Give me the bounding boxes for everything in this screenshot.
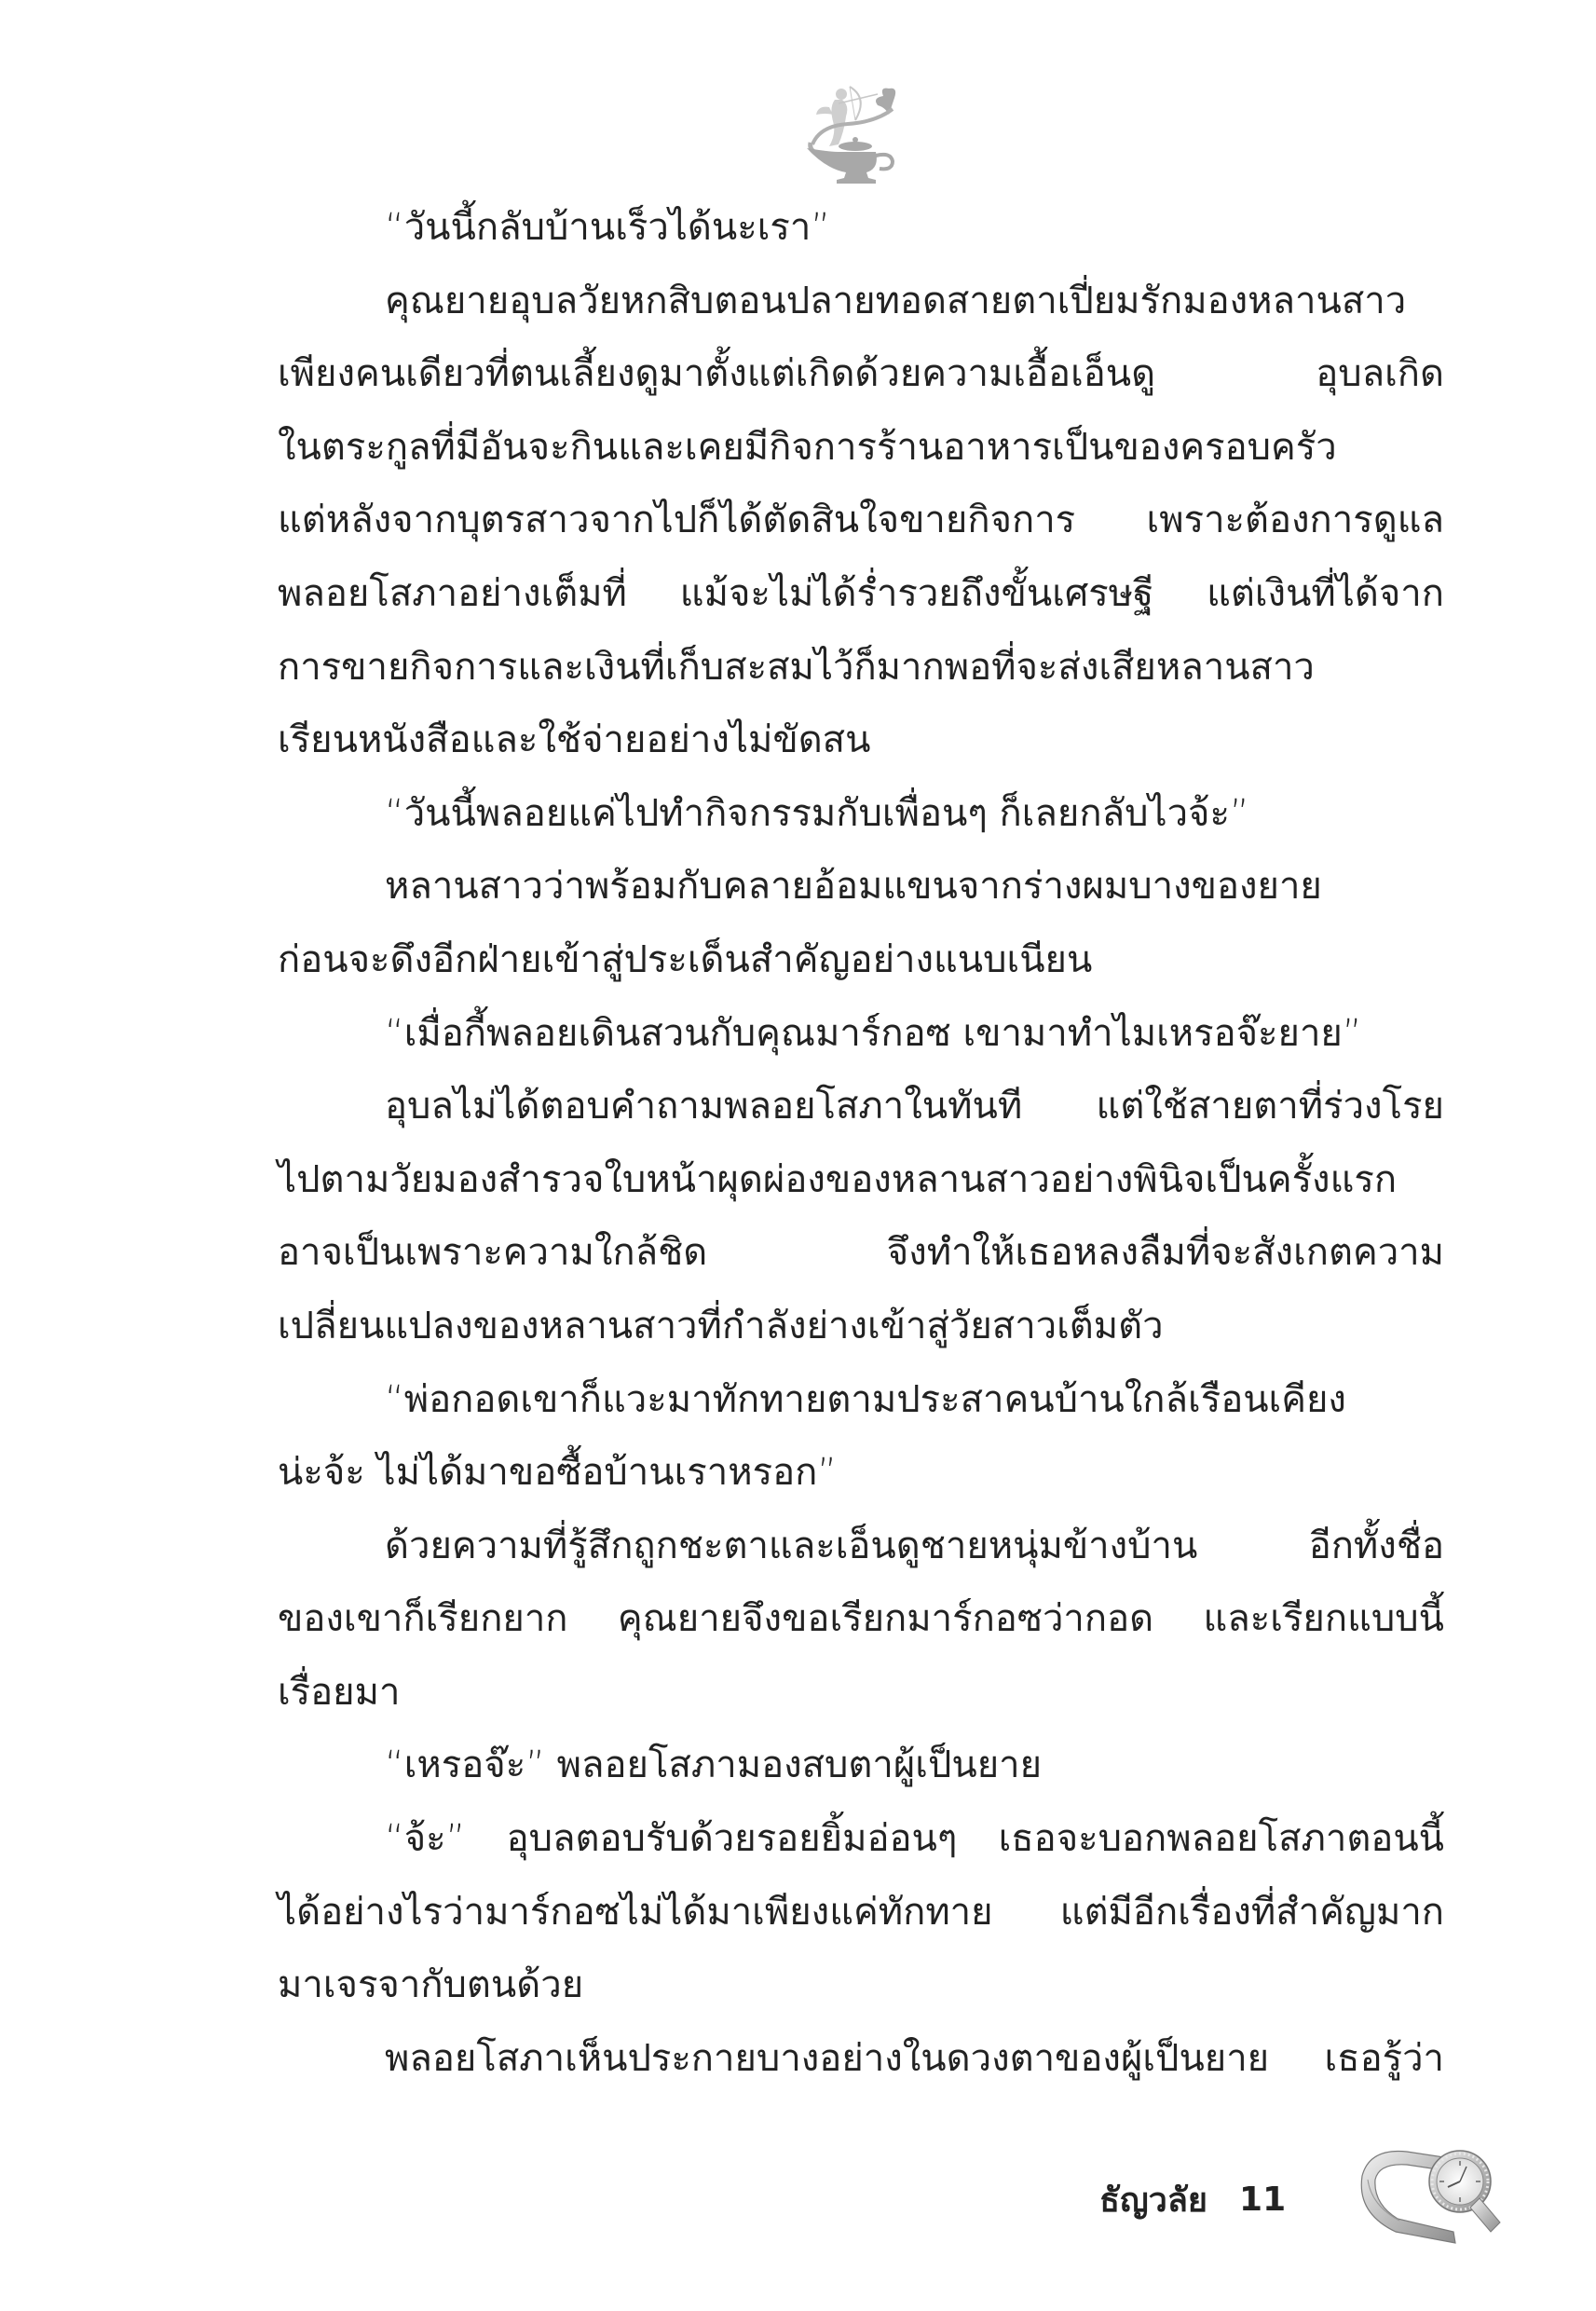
text-line: เรียนหนังสือและใช้จ่ายอย่างไม่ขัดสน <box>278 704 1444 777</box>
text-line: ของเขาก็เรียกยาก คุณยายจึงขอเรียกมาร์กอซ… <box>278 1582 1444 1656</box>
text-line: มาเจรจากับตนด้วย <box>278 1949 1444 2022</box>
text-line: “วันนี้พลอยแค่ไปทำกิจกรรมกับเพื่อนๆ ก็เล… <box>278 777 1444 851</box>
text-line: แต่หลังจากบุตรสาวจากไปก็ได้ตัดสินใจขายกิ… <box>278 484 1444 557</box>
text-line: อาจเป็นเพราะความใกล้ชิด จึงทำให้เธอหลงลื… <box>278 1216 1444 1290</box>
text-line: น่ะจ้ะ ไม่ได้มาขอซื้อบ้านเราหรอก” <box>278 1436 1444 1510</box>
text-line: “เหรอจ๊ะ” พลอยโสภามองสบตาผู้เป็นยาย <box>278 1729 1444 1802</box>
wristwatch-icon <box>1351 2139 1505 2246</box>
body-text: “วันนี้กลับบ้านเร็วได้นะเรา”คุณยายอุบลวั… <box>278 191 1444 2095</box>
text-line: ไปตามวัยมองสำรวจใบหน้าผุดผ่องของหลานสาวอ… <box>278 1143 1444 1217</box>
text-line: พลอยโสภาอย่างเต็มที่ แม้จะไม่ได้ร่ำรวยถึ… <box>278 557 1444 631</box>
text-line: ด้วยความที่รู้สึกถูกชะตาและเอ็นดูชายหนุ่… <box>278 1510 1444 1583</box>
page-footer: ธัญวลัย 11 <box>1099 2162 1286 2236</box>
text-line: การขายกิจการและเงินที่เก็บสะสมไว้ก็มากพอ… <box>278 631 1444 704</box>
text-line: “จ้ะ” อุบลตอบรับด้วยรอยยิ้มอ่อนๆ เธอจะบอ… <box>278 1802 1444 1876</box>
text-line: หลานสาวว่าพร้อมกับคลายอ้อมแขนจากร่างผมบา… <box>278 850 1444 923</box>
book-page: “วันนี้กลับบ้านเร็วได้นะเรา”คุณยายอุบลวั… <box>0 0 1596 2311</box>
text-line: อุบลไม่ได้ตอบคำถามพลอยโสภาในทันที แต่ใช้… <box>278 1070 1444 1143</box>
text-line: ได้อย่างไรว่ามาร์กอซไม่ได้มาเพียงแค่ทักท… <box>278 1876 1444 1949</box>
text-line: ก่อนจะดึงอีกฝ่ายเข้าสู่ประเด็นสำคัญอย่าง… <box>278 923 1444 997</box>
text-line: “วันนี้กลับบ้านเร็วได้นะเรา” <box>278 191 1444 265</box>
text-line: “พ่อกอดเขาก็แวะมาทักทายตามประสาคนบ้านใกล… <box>278 1363 1444 1437</box>
text-line: คุณยายอุบลวัยหกสิบตอนปลายทอดสายตาเปี่ยมร… <box>278 265 1444 338</box>
page-number: 11 <box>1239 2181 1286 2219</box>
text-line: ในตระกูลที่มีอันจะกินและเคยมีกิจการร้านอ… <box>278 411 1444 485</box>
text-line: เรื่อยมา <box>278 1656 1444 1730</box>
text-line: เปลี่ยนแปลงของหลานสาวที่กำลังย่างเข้าสู่… <box>278 1290 1444 1363</box>
text-line: พลอยโสภาเห็นประกายบางอย่างในดวงตาของผู้เ… <box>278 2022 1444 2096</box>
genie-lamp-cupid-icon <box>801 79 904 186</box>
text-line: “เมื่อกี้พลอยเดินสวนกับคุณมาร์กอซ เขามาท… <box>278 997 1444 1071</box>
author-name: ธัญวลัย <box>1099 2173 1207 2226</box>
text-line: เพียงคนเดียวที่ตนเลี้ยงดูมาตั้งแต่เกิดด้… <box>278 337 1444 411</box>
